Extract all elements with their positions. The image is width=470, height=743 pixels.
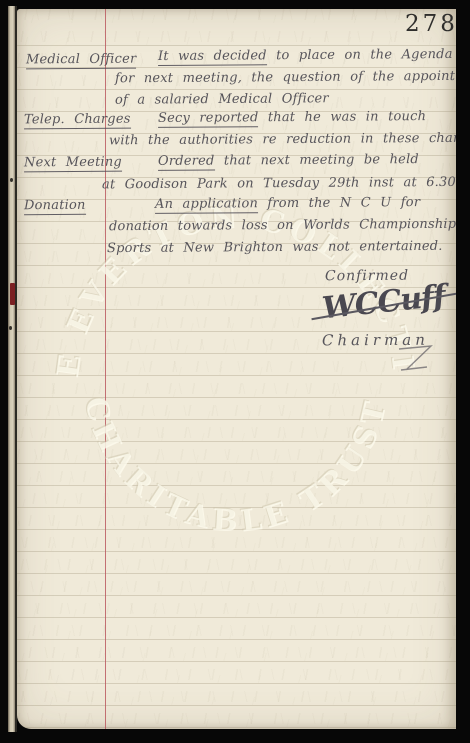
line-text: from the N C U for: [258, 195, 420, 211]
red-binding-mark: [10, 283, 15, 305]
ink-speck: [9, 326, 12, 330]
page-number: 278: [405, 11, 456, 37]
line-text: that he was in touch: [258, 109, 426, 125]
underlined-phrase: Secy reported: [158, 110, 259, 128]
minute-line: donation towards loss on Worlds Champion…: [109, 217, 456, 234]
previous-page-edge: [8, 6, 17, 732]
line-text: for next meeting, the question of the ap…: [115, 69, 456, 87]
minute-line: at Goodison Park on Tuesday 29th inst at…: [102, 175, 456, 193]
margin-heading: Telep. Charges: [24, 112, 131, 130]
minute-line: for next meeting, the question of the ap…: [115, 69, 456, 87]
underlined-phrase: It was decided: [158, 48, 267, 66]
margin-heading: Next Meeting: [24, 155, 122, 173]
minute-line: with the authorities re reduction in the…: [109, 131, 456, 149]
underlined-phrase: Ordered: [158, 154, 215, 171]
page: THE EVERTON COLLECTION THE EVERTON COLLE…: [17, 9, 456, 729]
minute-line: It was decided to place on the Agenda: [158, 47, 453, 64]
line-text: donation towards loss on Worlds Champion…: [109, 217, 456, 234]
ink-speck: [10, 178, 13, 182]
minute-line: Sports at New Brighton was not entertain…: [107, 239, 443, 256]
line-text: with the authorities re reduction in the…: [109, 131, 456, 149]
confirmed-label: Confirmed: [325, 268, 409, 285]
line-text: Sports at New Brighton was not entertain…: [107, 239, 443, 256]
margin-heading: Medical Officer: [26, 52, 137, 70]
line-text: to place on the Agenda: [267, 47, 453, 63]
minute-line: Ordered that next meeting be held: [158, 152, 419, 169]
margin-heading: Donation: [24, 198, 86, 215]
line-text: of a salaried Medical Officer: [115, 91, 329, 107]
scanned-minute-book-page: THE EVERTON COLLECTION THE EVERTON COLLE…: [0, 0, 470, 743]
underlined-phrase: An application: [155, 196, 258, 214]
line-text: at Goodison Park on Tuesday 29th inst at…: [102, 175, 456, 193]
signature-flourish: [395, 343, 437, 377]
line-text: that next meeting be held: [214, 152, 419, 168]
minute-line: Secy reported that he was in touch: [158, 109, 426, 126]
minute-line: of a salaried Medical Officer: [115, 91, 329, 107]
minute-line: An application from the N C U for: [155, 195, 420, 212]
